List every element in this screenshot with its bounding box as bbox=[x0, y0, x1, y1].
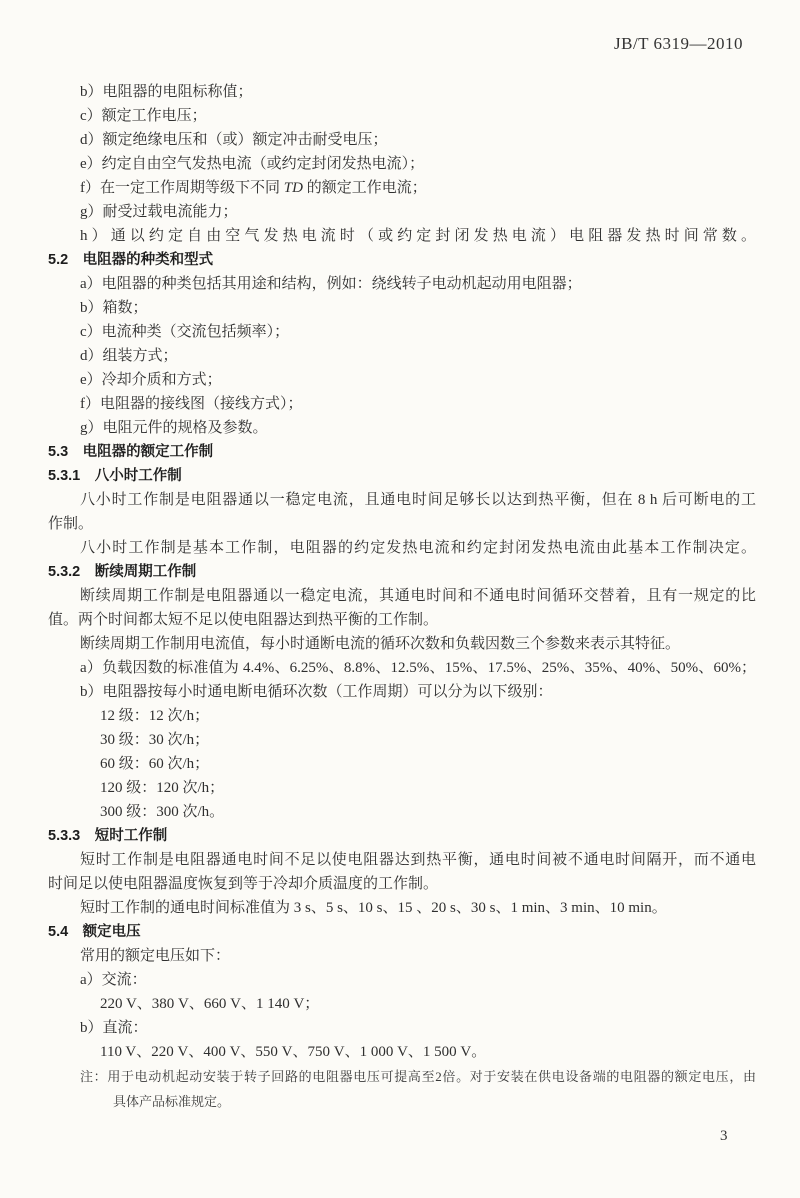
document-page: JB/T 6319—2010 b）电阻器的电阻标称值；c）额定工作电压；d）额定… bbox=[0, 0, 800, 1198]
text-line: b）箱数； bbox=[48, 296, 756, 320]
text-line: 30 级：30 次/h； bbox=[48, 728, 756, 752]
text-line: 值。两个时间都太短不足以使电阻器达到热平衡的工作制。 bbox=[48, 608, 756, 632]
text-line: 短时工作制是电阻器通电时间不足以使电阻器达到热平衡，通电时间被不通电时间隔开，而… bbox=[48, 848, 756, 872]
text-line: b）直流： bbox=[48, 1016, 756, 1040]
text-segment: 的额定工作电流； bbox=[303, 180, 427, 196]
text-line: a）电阻器的种类包括其用途和结构，例如：绕线转子电动机起动用电阻器； bbox=[48, 272, 756, 296]
text-line: f）在一定工作周期等级下不同 TD 的额定工作电流； bbox=[48, 176, 756, 200]
text-line: a）负载因数的标准值为 4.4%、6.25%、8.8%、12.5%、15%、17… bbox=[48, 656, 756, 680]
text-line: 5.3.1 八小时工作制 bbox=[48, 464, 756, 488]
text-line: 短时工作制的通电时间标准值为 3 s、5 s、10 s、15 、20 s、30 … bbox=[48, 896, 756, 920]
text-line: g）电阻元件的规格及参数。 bbox=[48, 416, 756, 440]
text-line: b）电阻器的电阻标称值； bbox=[48, 80, 756, 104]
italic-term: TD bbox=[284, 180, 303, 196]
text-line: 时间足以使电阻器温度恢复到等于冷却介质温度的工作制。 bbox=[48, 872, 756, 896]
text-segment: f）在一定工作周期等级下不同 bbox=[80, 180, 284, 196]
text-line: 5.2 电阻器的种类和型式 bbox=[48, 248, 756, 272]
text-line: d）组装方式； bbox=[48, 344, 756, 368]
text-line: 5.3.2 断续周期工作制 bbox=[48, 560, 756, 584]
text-line: 5.3.3 短时工作制 bbox=[48, 824, 756, 848]
text-line: 60 级：60 次/h； bbox=[48, 752, 756, 776]
text-line: 作制。 bbox=[48, 512, 756, 536]
text-line: e）约定自由空气发热电流（或约定封闭发热电流）； bbox=[48, 152, 756, 176]
page-number: 3 bbox=[720, 1128, 728, 1145]
text-line: b）电阻器按每小时通电断电循环次数（工作周期）可以分为以下级别： bbox=[48, 680, 756, 704]
text-line: 220 V、380 V、660 V、1 140 V； bbox=[48, 992, 756, 1016]
text-line: 5.4 额定电压 bbox=[48, 920, 756, 944]
text-line: 八小时工作制是电阻器通以一稳定电流，且通电时间足够长以达到热平衡，但在 8 h … bbox=[48, 488, 756, 512]
document-body: b）电阻器的电阻标称值；c）额定工作电压；d）额定绝缘电压和（或）额定冲击耐受电… bbox=[48, 80, 756, 1114]
text-line: 具体产品标准规定。 bbox=[48, 1089, 756, 1114]
text-line: 断续周期工作制是电阻器通以一稳定电流，其通电时间和不通电时间循环交替着，且有一规… bbox=[48, 584, 756, 608]
standard-number: JB/T 6319—2010 bbox=[614, 34, 743, 54]
text-line: g）耐受过载电流能力； bbox=[48, 200, 756, 224]
text-line: 断续周期工作制用电流值，每小时通断电流的循环次数和负载因数三个参数来表示其特征。 bbox=[48, 632, 756, 656]
text-line: 12 级：12 次/h； bbox=[48, 704, 756, 728]
text-line: c）电流种类（交流包括频率）； bbox=[48, 320, 756, 344]
text-line: 注：用于电动机起动安装于转子回路的电阻器电压可提高至2倍。对于安装在供电设备端的… bbox=[48, 1064, 756, 1089]
text-line: a）交流： bbox=[48, 968, 756, 992]
text-line: f）电阻器的接线图（接线方式）； bbox=[48, 392, 756, 416]
text-line: 常用的额定电压如下： bbox=[48, 944, 756, 968]
text-line: 120 级：120 次/h； bbox=[48, 776, 756, 800]
text-line: 5.3 电阻器的额定工作制 bbox=[48, 440, 756, 464]
text-line: 300 级：300 次/h。 bbox=[48, 800, 756, 824]
text-line: d）额定绝缘电压和（或）额定冲击耐受电压； bbox=[48, 128, 756, 152]
text-line: e）冷却介质和方式； bbox=[48, 368, 756, 392]
text-line: c）额定工作电压； bbox=[48, 104, 756, 128]
text-line: 110 V、220 V、400 V、550 V、750 V、1 000 V、1 … bbox=[48, 1040, 756, 1064]
text-line: 八小时工作制是基本工作制，电阻器的约定发热电流和约定封闭发热电流由此基本工作制决… bbox=[48, 536, 756, 560]
text-line: h）通以约定自由空气发热电流时（或约定封闭发热电流）电阻器发热时间常数。 bbox=[48, 224, 756, 248]
